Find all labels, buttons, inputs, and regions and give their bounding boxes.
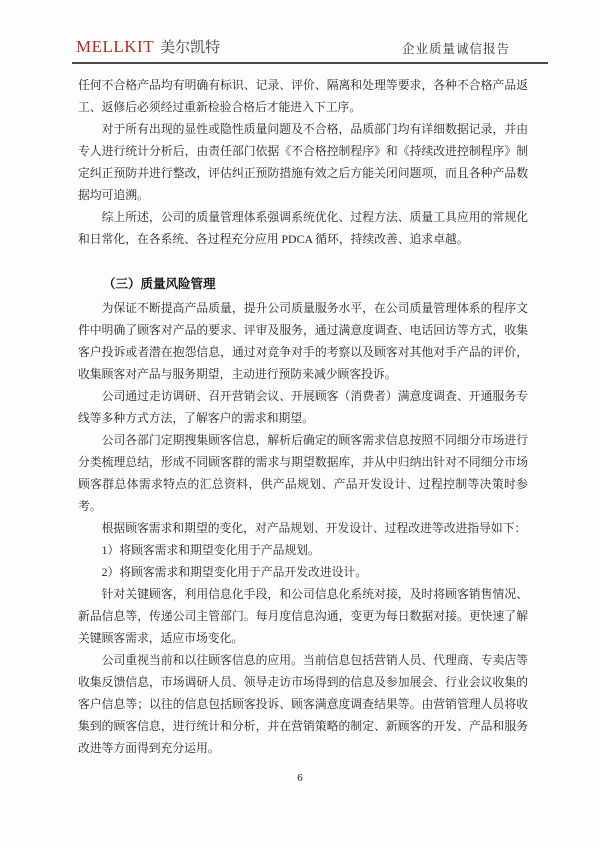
list-item: 1）将顾客需求和期望变化用于产品规划。 bbox=[78, 539, 528, 561]
section-heading: （三）质量风险管理 bbox=[78, 273, 528, 295]
page-footer: 6 bbox=[0, 772, 600, 784]
document-page: MELLKIT 美尔凯特 企业质量诚信报告 任何不合格产品均有明确有标识、记录、… bbox=[0, 0, 600, 848]
paragraph: 公司重视当前和以往顾客信息的应用。当前信息包括营销人员、代理商、专卖店等收集反馈… bbox=[78, 649, 528, 759]
page-header: MELLKIT 美尔凯特 企业质量诚信报告 bbox=[72, 36, 548, 64]
logo-chinese-text: 美尔凯特 bbox=[160, 36, 220, 57]
paragraph: 根据顾客需求和期望的变化，对产品规划、开发设计、过程改进等改进指导如下： bbox=[78, 517, 528, 539]
paragraph: 针对关键顾客，利用信息化手段，和公司信息化系统对接，及时将顾客销售情况、新品信息… bbox=[78, 583, 528, 649]
company-logo: MELLKIT 美尔凯特 bbox=[72, 36, 220, 57]
header-rule bbox=[72, 62, 548, 64]
document-body: 任何不合格产品均有明确有标识、记录、评价、隔离和处理等要求，各种不合格产品返工、… bbox=[78, 74, 528, 759]
header-row: MELLKIT 美尔凯特 企业质量诚信报告 bbox=[72, 36, 548, 62]
paragraph: 综上所述，公司的质量管理体系强调系统优化、过程方法、质量工具应用的常规化和日常化… bbox=[78, 206, 528, 250]
paragraph: 对于所有出现的显性或隐性质量问题及不合格，品质部门均有详细数据记录，并由专人进行… bbox=[78, 118, 528, 206]
paragraph: 公司通过走访调研、召开营销会议、开展顾客（消费者）满意度调查、开通服务专线等多种… bbox=[78, 385, 528, 429]
page-number: 6 bbox=[297, 772, 303, 784]
header-doc-title: 企业质量诚信报告 bbox=[402, 39, 510, 57]
logo-latin-text: MELLKIT bbox=[76, 37, 154, 57]
list-item: 2）将顾客需求和期望变化用于产品开发改进设计。 bbox=[78, 561, 528, 583]
paragraph: 为保证不断提高产品质量，提升公司质量服务水平，在公司质量管理体系的程序文件中明确… bbox=[78, 297, 528, 385]
paragraph: 公司各部门定期搜集顾客信息，解析后确定的顾客需求信息按照不同细分市场进行分类梳理… bbox=[78, 429, 528, 517]
paragraph: 任何不合格产品均有明确有标识、记录、评价、隔离和处理等要求，各种不合格产品返工、… bbox=[78, 74, 528, 118]
